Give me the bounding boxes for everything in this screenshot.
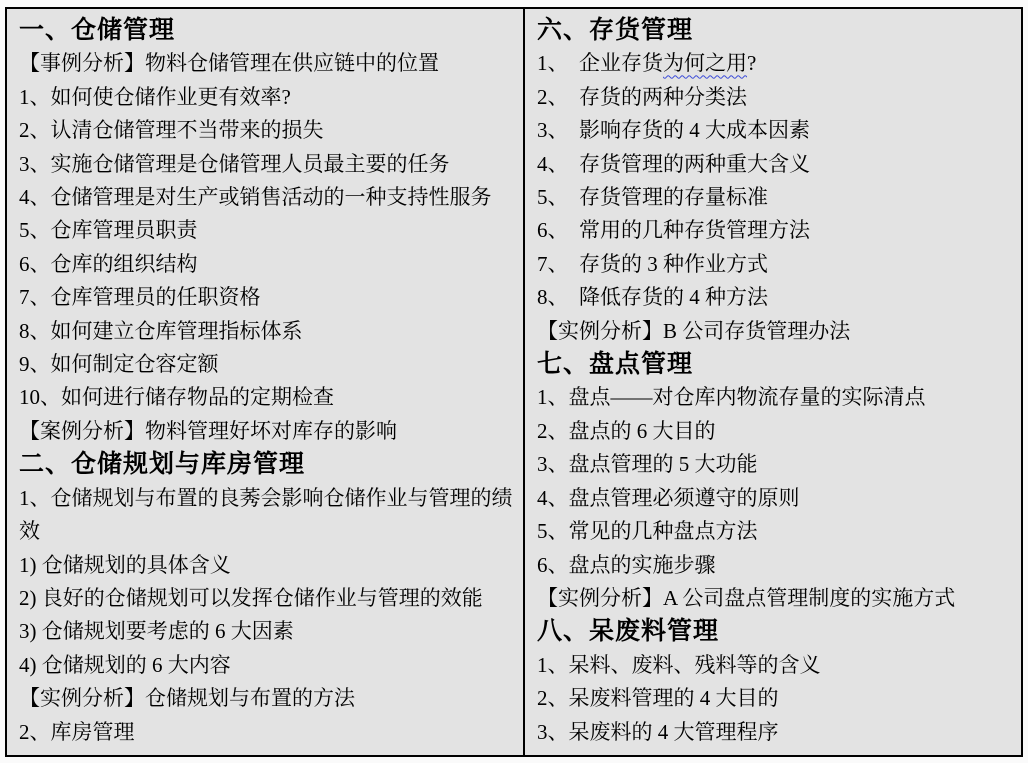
toc-item: 2、认清仓储管理不当带来的损失 bbox=[19, 114, 517, 147]
section-heading-2: 二、仓储规划与库房管理 bbox=[19, 448, 517, 481]
toc-item: 3) 仓储规划要考虑的 6 大因素 bbox=[19, 615, 517, 648]
toc-item: 5、仓库管理员职责 bbox=[19, 214, 517, 247]
section-heading-8: 八、呆废料管理 bbox=[537, 615, 1015, 648]
toc-item: 6、仓库的组织结构 bbox=[19, 248, 517, 281]
toc-item: 7、仓库管理员的任职资格 bbox=[19, 281, 517, 314]
toc-item: 8、 降低存货的 4 种方法 bbox=[537, 281, 1015, 314]
toc-item: 2、库房管理 bbox=[19, 716, 517, 749]
toc-item: 5、 存货管理的存量标准 bbox=[537, 181, 1015, 214]
section-heading-1: 一、仓储管理 bbox=[19, 14, 517, 47]
toc-item-text: ? bbox=[747, 51, 756, 75]
toc-item: 1) 仓储规划的具体含义 bbox=[19, 549, 517, 582]
toc-item: 1、 企业存货为何之用? bbox=[537, 47, 1015, 80]
section-heading-6: 六、存货管理 bbox=[537, 14, 1015, 47]
toc-table: 一、仓储管理 【事例分析】物料仓储管理在供应链中的位置 1、如何使仓储作业更有效… bbox=[5, 7, 1023, 757]
toc-item: 1、如何使仓储作业更有效率? bbox=[19, 81, 517, 114]
toc-item: 4、 存货管理的两种重大含义 bbox=[537, 148, 1015, 181]
toc-item: 【案例分析】物料管理好坏对库存的影响 bbox=[19, 415, 517, 448]
toc-item: 3、 影响存货的 4 大成本因素 bbox=[537, 114, 1015, 147]
toc-item: 【实例分析】仓储规划与布置的方法 bbox=[19, 682, 517, 715]
toc-item: 6、盘点的实施步骤 bbox=[537, 549, 1015, 582]
toc-item: 3、呆废料的 4 大管理程序 bbox=[537, 716, 1015, 749]
toc-item: 3、实施仓储管理是仓储管理人员最主要的任务 bbox=[19, 148, 517, 181]
toc-item: 【实例分析】B 公司存货管理办法 bbox=[537, 315, 1015, 348]
toc-item: 3、盘点管理的 5 大功能 bbox=[537, 448, 1015, 481]
toc-item: 2、呆废料管理的 4 大目的 bbox=[537, 682, 1015, 715]
left-column: 一、仓储管理 【事例分析】物料仓储管理在供应链中的位置 1、如何使仓储作业更有效… bbox=[7, 9, 523, 755]
toc-item: 7、 存货的 3 种作业方式 bbox=[537, 248, 1015, 281]
right-column: 六、存货管理 1、 企业存货为何之用? 2、 存货的两种分类法 3、 影响存货的… bbox=[525, 9, 1021, 755]
toc-item: 6、 常用的几种存货管理方法 bbox=[537, 214, 1015, 247]
toc-item: 10、如何进行储存物品的定期检查 bbox=[19, 381, 517, 414]
toc-item: 2) 良好的仓储规划可以发挥仓储作业与管理的效能 bbox=[19, 582, 517, 615]
toc-item: 【事例分析】物料仓储管理在供应链中的位置 bbox=[19, 47, 517, 80]
toc-item: 2、盘点的 6 大目的 bbox=[537, 415, 1015, 448]
section-heading-7: 七、盘点管理 bbox=[537, 348, 1015, 381]
toc-item: 1、呆料、废料、残料等的含义 bbox=[537, 649, 1015, 682]
toc-item: 9、如何制定仓容定额 bbox=[19, 348, 517, 381]
toc-item: 【实例分析】A 公司盘点管理制度的实施方式 bbox=[537, 582, 1015, 615]
toc-item: 4、盘点管理必须遵守的原则 bbox=[537, 482, 1015, 515]
toc-item: 8、如何建立仓库管理指标体系 bbox=[19, 315, 517, 348]
toc-item: 2、 存货的两种分类法 bbox=[537, 81, 1015, 114]
toc-item: 1、仓储规划与布置的良莠会影响仓储作业与管理的绩效 bbox=[19, 482, 517, 549]
toc-item: 5、常见的几种盘点方法 bbox=[537, 515, 1015, 548]
toc-item: 1、盘点——对仓库内物流存量的实际清点 bbox=[537, 381, 1015, 414]
toc-item-text: 1、 企业存货 bbox=[537, 51, 663, 75]
toc-item: 4) 仓储规划的 6 大内容 bbox=[19, 649, 517, 682]
toc-item: 4、仓储管理是对生产或销售活动的一种支持性服务 bbox=[19, 181, 517, 214]
spellcheck-underline: 为何之用 bbox=[663, 51, 747, 75]
